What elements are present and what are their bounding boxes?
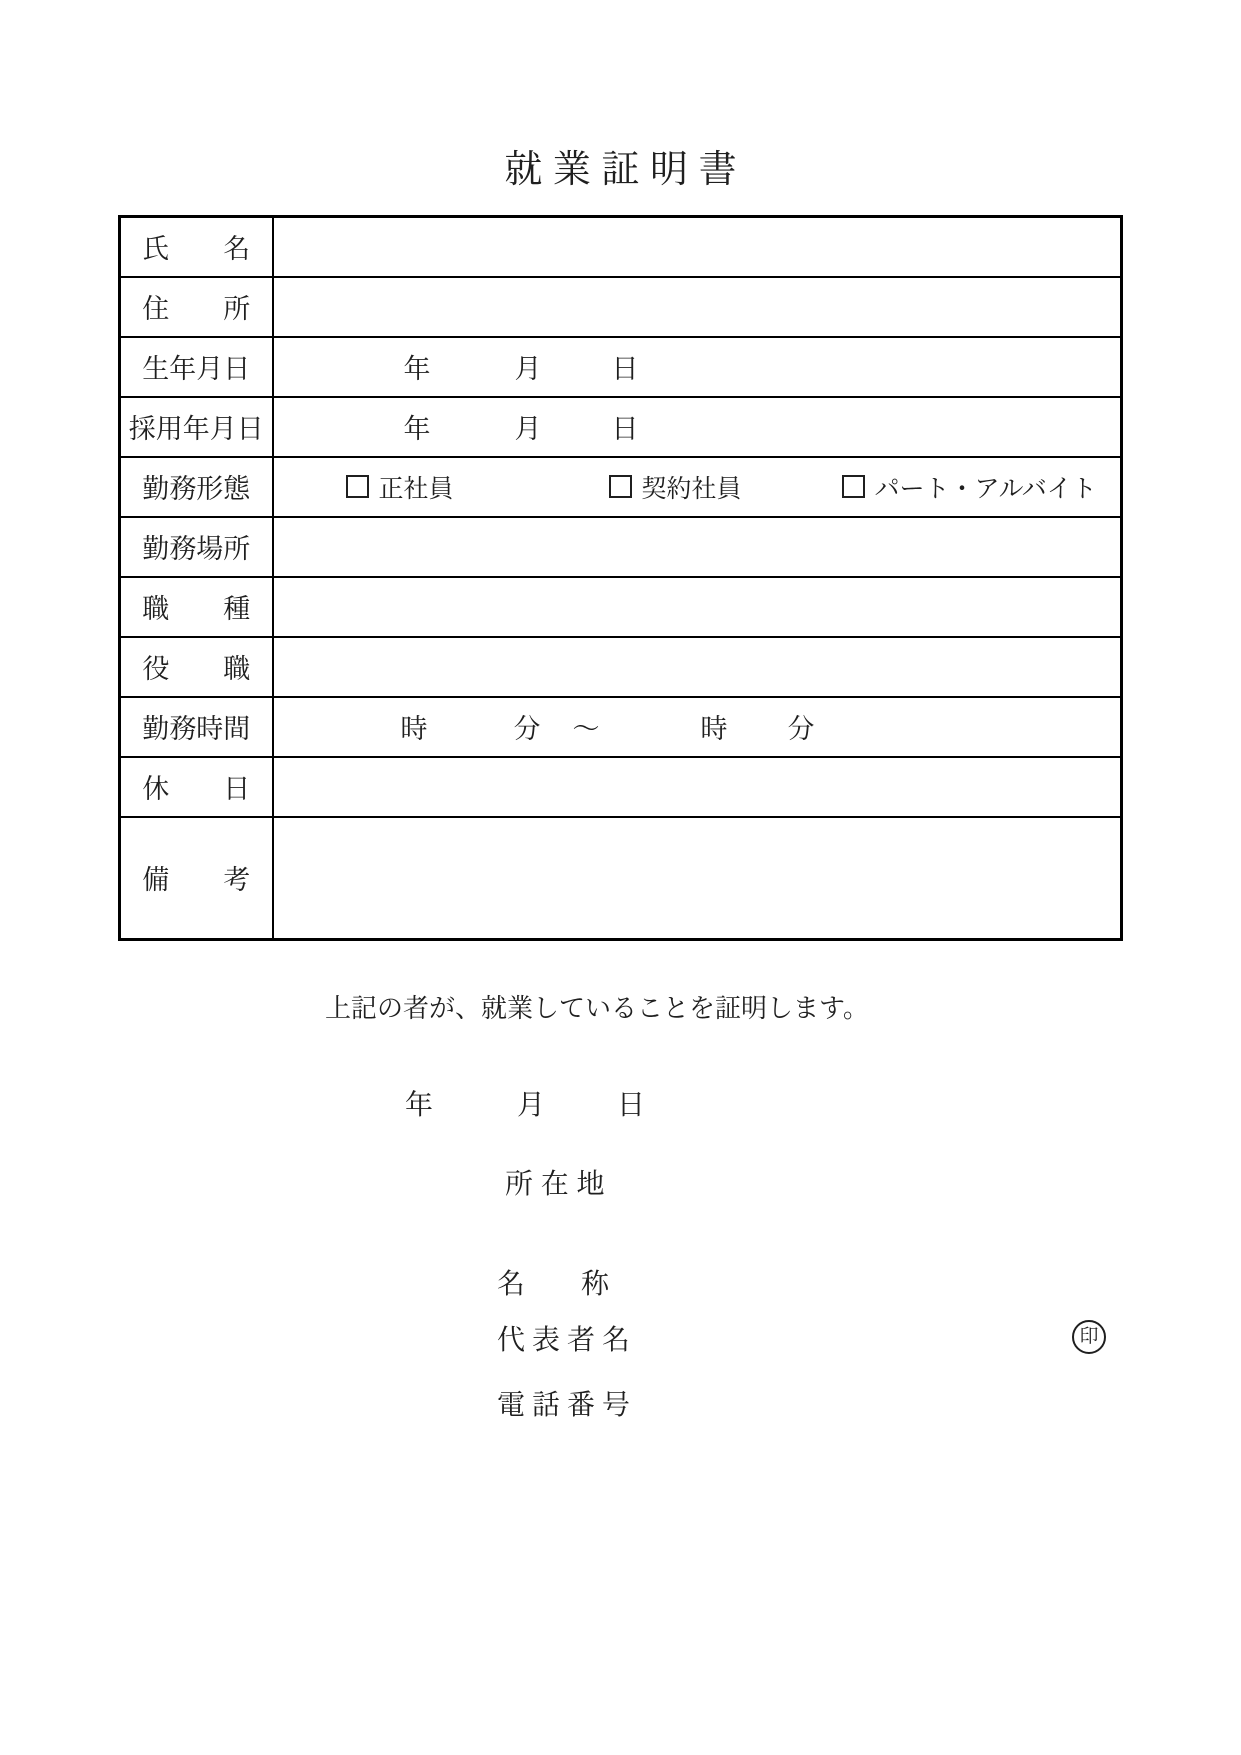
phone-number-label: 電話番号 [497,1383,637,1423]
work-hours-label: 勤務時間 [120,697,273,757]
table-row: 休 日 [120,757,1122,817]
position-label: 役 職 [120,637,273,697]
year-unit: 年 [405,1089,433,1120]
table-row: 勤務場所 [120,517,1122,577]
certification-statement: 上記の者が、就業していることを証明します。 [325,988,869,1025]
day-unit: 日 [612,414,639,444]
company-address-label: 所 在 地 [505,1162,605,1202]
document-title: 就 業 証 明 書 [0,138,1241,193]
document-page: 就 業 証 明 書 氏 名 住 所 生年月日 年月日 採用年月日 年月日 勤務形… [0,0,1241,1755]
table-row: 勤務形態 正社員 契約社員 パート・アルバイト [120,457,1122,517]
table-row: 採用年月日 年月日 [120,397,1122,457]
checkbox-label: パート・アルバイト [875,469,1097,505]
month-unit: 月 [515,354,542,384]
address-label: 住 所 [120,277,273,337]
checkbox-fulltime[interactable] [346,475,369,498]
table-row: 備 考 [120,817,1122,940]
day-unit: 日 [617,1089,645,1120]
work-location-label: 勤務場所 [120,517,273,577]
year-unit: 年 [404,414,431,444]
employment-certificate-table: 氏 名 住 所 生年月日 年月日 採用年月日 年月日 勤務形態 正社員 [118,215,1123,941]
table-row: 氏 名 [120,217,1122,277]
company-name-label: 名 称 [497,1262,609,1302]
name-label: 氏 名 [120,217,273,277]
hire-date-label: 採用年月日 [120,397,273,457]
checkbox-label: 正社員 [379,469,454,505]
position-value-cell[interactable] [273,637,1122,697]
tilde-separator: ～ [573,714,600,744]
address-value-cell[interactable] [273,277,1122,337]
seal-mark-icon: 印 [1072,1320,1106,1354]
certificate-date-line[interactable]: 年月日 [405,1083,645,1123]
work-hours-value-cell[interactable]: 時分～時分 [273,697,1122,757]
birthdate-value-cell[interactable]: 年月日 [273,337,1122,397]
job-type-value-cell[interactable] [273,577,1122,637]
table-row: 勤務時間 時分～時分 [120,697,1122,757]
employment-type-cell: 正社員 契約社員 パート・アルバイト [273,457,1122,517]
holiday-value-cell[interactable] [273,757,1122,817]
checkbox-contract[interactable] [609,475,632,498]
table-row: 役 職 [120,637,1122,697]
checkbox-parttime[interactable] [842,475,865,498]
birthdate-label: 生年月日 [120,337,273,397]
minute-unit: 分 [514,714,541,744]
month-unit: 月 [517,1089,545,1120]
hire-date-value-cell[interactable]: 年月日 [273,397,1122,457]
work-location-value-cell[interactable] [273,517,1122,577]
remarks-value-cell[interactable] [273,817,1122,940]
day-unit: 日 [612,354,639,384]
table-row: 職 種 [120,577,1122,637]
remarks-label: 備 考 [120,817,273,940]
month-unit: 月 [515,414,542,444]
contract-option[interactable]: 契約社員 [609,469,742,505]
hour-unit: 時 [701,714,728,744]
job-type-label: 職 種 [120,577,273,637]
hour-unit: 時 [401,714,428,744]
parttime-option[interactable]: パート・アルバイト [842,469,1097,505]
representative-name-label: 代表者名 [497,1318,637,1358]
checkbox-label: 契約社員 [642,469,742,505]
name-value-cell[interactable] [273,217,1122,277]
fulltime-option[interactable]: 正社員 [346,469,454,505]
employment-type-label: 勤務形態 [120,457,273,517]
holiday-label: 休 日 [120,757,273,817]
minute-unit: 分 [788,714,815,744]
table-row: 住 所 [120,277,1122,337]
year-unit: 年 [404,354,431,384]
table-row: 生年月日 年月日 [120,337,1122,397]
